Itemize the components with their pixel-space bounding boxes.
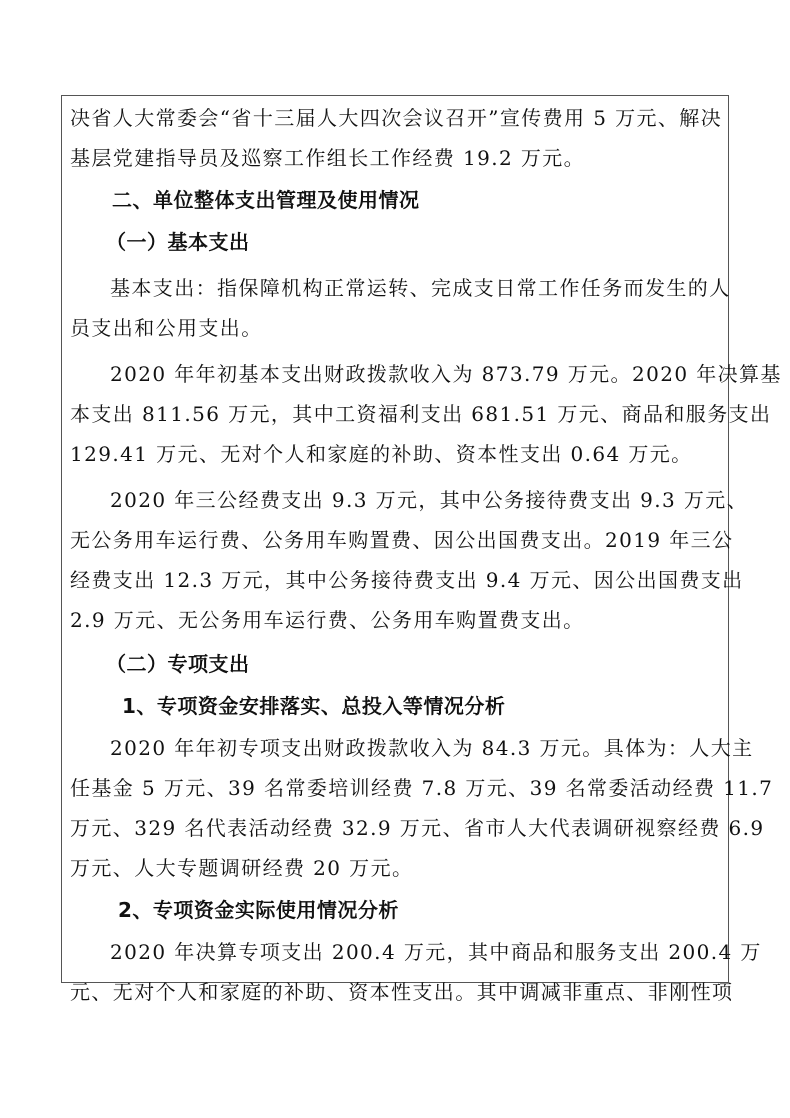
paragraph-line: 基层党建指导员及巡察工作组长工作经费 19.2 万元。 (70, 138, 720, 178)
item-heading: 1、专项资金安排落实、总投入等情况分析 (122, 686, 720, 726)
paragraph-line: 无公务用车运行费、公务用车购置费、因公出国费支出。2019 年三公 (70, 520, 720, 560)
paragraph-line: 基本支出：指保障机构正常运转、完成支日常工作任务而发生的人 (70, 268, 720, 308)
paragraph-line: 员支出和公用支出。 (70, 308, 720, 348)
paragraph-line: 决省人大常委会“省十三届人大四次会议召开”宣传费用 5 万元、解决 (70, 98, 720, 138)
paragraph-line: 129.41 万元、无对个人和家庭的补助、资本性支出 0.64 万元。 (70, 434, 720, 474)
item-heading: 2、专项资金实际使用情况分析 (118, 890, 720, 930)
paragraph-line: 万元、329 名代表活动经费 32.9 万元、省市人大代表调研视察经费 6.9 (70, 808, 720, 848)
document-frame: 决省人大常委会“省十三届人大四次会议召开”宣传费用 5 万元、解决 基层党建指导… (61, 95, 729, 983)
section-heading: 二、单位整体支出管理及使用情况 (112, 180, 720, 220)
paragraph-line: 2020 年年初专项支出财政拨款收入为 84.3 万元。具体为：人大主 (70, 728, 720, 768)
paragraph-line: 2020 年决算专项支出 200.4 万元，其中商品和服务支出 200.4 万 (70, 932, 720, 972)
paragraph-line: 万元、人大专题调研经费 20 万元。 (70, 848, 720, 888)
paragraph-line: 2.9 万元、无公务用车运行费、公务用车购置费支出。 (70, 600, 720, 640)
paragraph-line: 经费支出 12.3 万元，其中公务接待费支出 9.4 万元、因公出国费支出 (70, 560, 720, 600)
paragraph-line: 任基金 5 万元、39 名常委培训经费 7.8 万元、39 名常委活动经费 11… (70, 768, 720, 808)
subsection-heading: （一）基本支出 (106, 222, 720, 262)
paragraph-line: 本支出 811.56 万元，其中工资福利支出 681.51 万元、商品和服务支出 (70, 394, 720, 434)
paragraph-line: 2020 年年初基本支出财政拨款收入为 873.79 万元。2020 年决算基 (70, 354, 720, 394)
paragraph-line: 2020 年三公经费支出 9.3 万元，其中公务接待费支出 9.3 万元、 (70, 480, 720, 520)
paragraph-line: 元、无对个人和家庭的补助、资本性支出。其中调减非重点、非刚性项 (70, 972, 720, 1012)
subsection-heading: （二）专项支出 (106, 644, 720, 684)
